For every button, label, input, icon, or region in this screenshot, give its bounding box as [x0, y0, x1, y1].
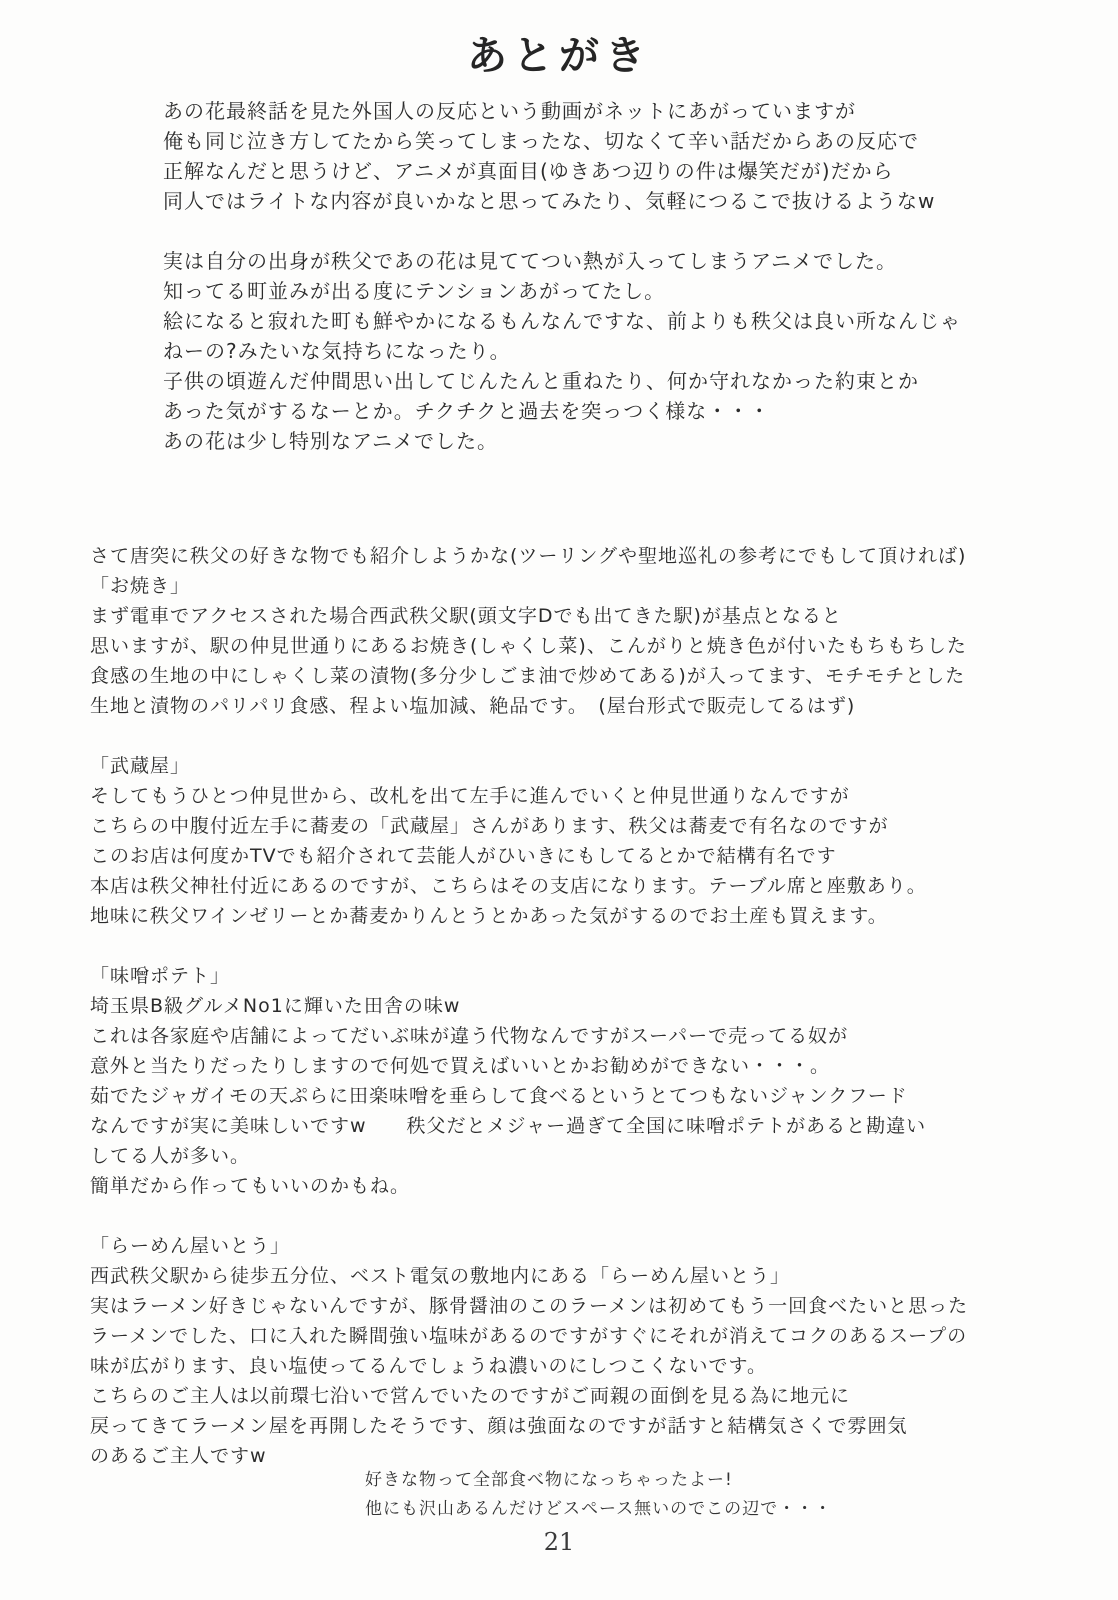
- text-line: 簡単だから作ってもいいのかもね。: [90, 1171, 968, 1201]
- text-line: 知ってる町並みが出る度にテンションあがってたし。: [163, 276, 961, 306]
- page-title: あとがき: [0, 24, 1118, 81]
- text-line: 俺も同じ泣き方してたから笑ってしまったな、切なくて辛い話だからあの反応で: [163, 126, 935, 156]
- text-line: あの花は少し特別なアニメでした。: [163, 426, 961, 456]
- paragraph-chichibu-memories: 実は自分の出身が秩父であの花は見ててつい熱が入ってしまうアニメでした。 知ってる…: [163, 246, 961, 456]
- text-line: ねーの?みたいな気持ちになったり。: [163, 336, 961, 366]
- section-oyaki: 「お焼き」 まず電車でアクセスされた場合西武秩父駅(頭文字Dでも出てきた駅)が基…: [90, 571, 968, 721]
- text-line: まず電車でアクセスされた場合西武秩父駅(頭文字Dでも出てきた駅)が基点となると: [90, 601, 968, 631]
- text-line: 他にも沢山あるんだけどスペース無いのでこの辺で・・・: [365, 1495, 832, 1524]
- chichibu-food-guide: さて唐突に秩父の好きな物でも紹介しようかな(ツーリングや聖地巡礼の参考にでもして…: [90, 541, 968, 1471]
- paragraph-anohana-reaction: あの花最終話を見た外国人の反応という動画がネットにあがっていますが 俺も同じ泣き…: [163, 96, 935, 216]
- text-line: あった気がするなーとか。チクチクと過去を突っつく様な・・・: [163, 396, 961, 426]
- afterword-page: あとがき あの花最終話を見た外国人の反応という動画がネットにあがっていますが 俺…: [0, 0, 1118, 1600]
- page-number: 21: [0, 1528, 1118, 1556]
- text-line: 思いますが、駅の仲見世通りにあるお焼き(しゃくし菜)、こんがりと焼き色が付いたも…: [90, 631, 968, 661]
- section-musashiya: 「武蔵屋」 そしてもうひとつ仲見世から、改札を出て左手に進んでいくと仲見世通りな…: [90, 751, 968, 931]
- section-header: 「武蔵屋」: [90, 751, 968, 781]
- text-line: 埼玉県B級グルメNo1に輝いた田舎の味w: [90, 991, 968, 1021]
- section-ramen-ito: 「らーめん屋いとう」 西武秩父駅から徒歩五分位、ベスト電気の敷地内にある「らーめ…: [90, 1231, 968, 1471]
- text-line: なんですが実に美味しいですw 秩父だとメジャー過ぎて全国に味噌ポテトがあると勘違…: [90, 1111, 968, 1141]
- text-line: 子供の頃遊んだ仲間思い出してじんたんと重ねたり、何か守れなかった約束とか: [163, 366, 961, 396]
- text-line: 同人ではライトな内容が良いかなと思ってみたり、気軽につるこで抜けるようなw: [163, 186, 935, 216]
- text-line: ラーメンでした、口に入れた瞬間強い塩味があるのですがすぐにそれが消えてコクのある…: [90, 1321, 968, 1351]
- closing-note: 好きな物って全部食べ物になっちゃったよー! 他にも沢山あるんだけどスペース無いの…: [365, 1466, 832, 1524]
- text-line: あの花最終話を見た外国人の反応という動画がネットにあがっていますが: [163, 96, 935, 126]
- guide-intro: さて唐突に秩父の好きな物でも紹介しようかな(ツーリングや聖地巡礼の参考にでもして…: [90, 541, 968, 571]
- text-line: 実は自分の出身が秩父であの花は見ててつい熱が入ってしまうアニメでした。: [163, 246, 961, 276]
- text-line: 西武秩父駅から徒歩五分位、ベスト電気の敷地内にある「らーめん屋いとう」: [90, 1261, 968, 1291]
- text-line: これは各家庭や店舗によってだいぶ味が違う代物なんですがスーパーで売ってる奴が: [90, 1021, 968, 1051]
- text-line: 実はラーメン好きじゃないんですが、豚骨醤油のこのラーメンは初めてもう一回食べたい…: [90, 1291, 968, 1321]
- section-header: 「お焼き」: [90, 571, 968, 601]
- text-line: 地味に秩父ワインゼリーとか蕎麦かりんとうとかあった気がするのでお土産も買えます。: [90, 901, 968, 931]
- text-line: 正解なんだと思うけど、アニメが真面目(ゆきあつ辺りの件は爆笑だが)だから: [163, 156, 935, 186]
- text-line: 戻ってきてラーメン屋を再開したそうです、顔は強面なのですが話すと結構気さくで雰囲…: [90, 1411, 968, 1441]
- section-miso-potato: 「味噌ポテト」 埼玉県B級グルメNo1に輝いた田舎の味w これは各家庭や店舗によ…: [90, 961, 968, 1201]
- text-line: 絵になると寂れた町も鮮やかになるもんなんですな、前よりも秩父は良い所なんじゃ: [163, 306, 961, 336]
- text-line: このお店は何度かTVでも紹介されて芸能人がひいきにもしてるとかで結構有名です: [90, 841, 968, 871]
- text-line: してる人が多い。: [90, 1141, 968, 1171]
- text-line: 味が広がります、良い塩使ってるんでしょうね濃いのにしつこくないです。: [90, 1351, 968, 1381]
- text-line: 意外と当たりだったりしますので何処で買えばいいとかお勧めができない・・・。: [90, 1051, 968, 1081]
- text-line: こちらの中腹付近左手に蕎麦の「武蔵屋」さんがあります、秩父は蕎麦で有名なのですが: [90, 811, 968, 841]
- text-line: こちらのご主人は以前環七沿いで営んでいたのですがご両親の面倒を見る為に地元に: [90, 1381, 968, 1411]
- text-line: 生地と漬物のパリパリ食感、程よい塩加減、絶品です。 (屋台形式で販売してるはず): [90, 691, 968, 721]
- section-header: 「味噌ポテト」: [90, 961, 968, 991]
- text-line: 茹でたジャガイモの天ぷらに田楽味噌を垂らして食べるというとてつもないジャンクフー…: [90, 1081, 968, 1111]
- text-line: 好きな物って全部食べ物になっちゃったよー!: [365, 1466, 832, 1495]
- text-line: そしてもうひとつ仲見世から、改札を出て左手に進んでいくと仲見世通りなんですが: [90, 781, 968, 811]
- section-header: 「らーめん屋いとう」: [90, 1231, 968, 1261]
- text-line: 本店は秩父神社付近にあるのですが、こちらはその支店になります。テーブル席と座敷あ…: [90, 871, 968, 901]
- text-line: 食感の生地の中にしゃくし菜の漬物(多分少しごま油で炒めてある)が入ってます、モチ…: [90, 661, 968, 691]
